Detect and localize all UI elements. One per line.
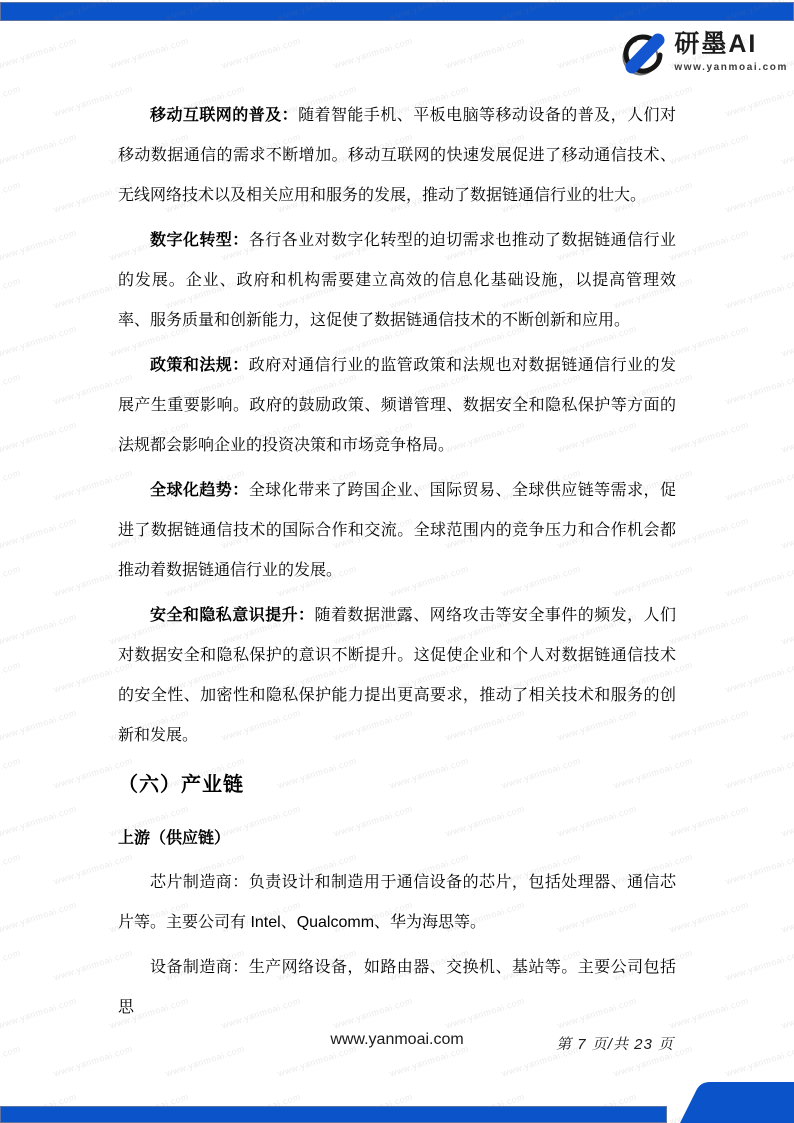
watermark-text: www.yanmoai.com	[780, 803, 794, 838]
bottom-accent-bar	[0, 1106, 667, 1123]
bottom-corner-ramp	[630, 1075, 794, 1123]
footer-site-url: www.yanmoai.com	[0, 1031, 794, 1049]
watermark-text: www.yanmoai.com	[780, 515, 794, 550]
watermark-text: www.yanmoai.com	[668, 707, 750, 742]
watermark-text: www.yanmoai.com	[0, 227, 78, 262]
watermark-text: www.yanmoai.com	[220, 35, 302, 70]
watermark-text: www.yanmoai.com	[668, 323, 750, 358]
paragraph-lead: 安全和隐私意识提升：	[150, 607, 315, 624]
watermark-text: www.yanmoai.com	[724, 83, 794, 118]
body-paragraph: 数字化转型：各行各业对数字化转型的迫切需求也推动了数据链通信行业的发展。企业、政…	[118, 221, 676, 341]
body-paragraph: 安全和隐私意识提升：随着数据泄露、网络攻击等安全事件的频发，人们对数据安全和隐私…	[118, 596, 676, 756]
watermark-text: www.yanmoai.com	[0, 323, 78, 358]
watermark-text: www.yanmoai.com	[444, 35, 526, 70]
watermark-text: www.yanmoai.com	[724, 467, 794, 502]
watermark-text: www.yanmoai.com	[668, 131, 750, 166]
watermark-text: www.yanmoai.com	[0, 755, 22, 790]
watermark-text: www.yanmoai.com	[0, 563, 22, 598]
document-body: 移动互联网的普及：随着智能手机、平板电脑等移动设备的普及，人们对移动数据通信的需…	[118, 96, 676, 1033]
body-paragraph: 移动互联网的普及：随着智能手机、平板电脑等移动设备的普及，人们对移动数据通信的需…	[118, 96, 676, 216]
watermark-text: www.yanmoai.com	[0, 899, 78, 934]
watermark-text: www.yanmoai.com	[668, 419, 750, 454]
watermark-text: www.yanmoai.com	[0, 371, 22, 406]
watermark-text: www.yanmoai.com	[668, 515, 750, 550]
watermark-text: www.yanmoai.com	[0, 179, 22, 214]
watermark-text: www.yanmoai.com	[0, 851, 22, 886]
watermark-text: www.yanmoai.com	[724, 179, 794, 214]
watermark-text: www.yanmoai.com	[0, 803, 78, 838]
watermark-text: www.yanmoai.com	[0, 611, 78, 646]
watermark-text: www.yanmoai.com	[668, 995, 750, 1030]
brand-logo-icon	[616, 29, 666, 81]
watermark-text: www.yanmoai.com	[780, 419, 794, 454]
watermark-text: www.yanmoai.com	[0, 35, 78, 70]
watermark-text: www.yanmoai.com	[780, 227, 794, 262]
watermark-text: www.yanmoai.com	[668, 227, 750, 262]
watermark-text: www.yanmoai.com	[0, 995, 78, 1030]
paragraph-text: 芯片制造商：负责设计和制造用于通信设备的芯片，包括处理器、通信芯片等。主要公司有…	[118, 874, 676, 931]
body-paragraph: 全球化趋势：全球化带来了跨国企业、国际贸易、全球供应链等需求，促进了数据链通信技…	[118, 471, 676, 591]
watermark-text: www.yanmoai.com	[332, 35, 414, 70]
subsection-heading: 上游（供应链）	[118, 827, 676, 851]
watermark-text: www.yanmoai.com	[724, 851, 794, 886]
footer-page-indicator: 第 7 页/共 23 页	[556, 1033, 674, 1054]
watermark-text: www.yanmoai.com	[0, 467, 22, 502]
document-page: www.yanmoai.comwww.yanmoai.comwww.yanmoa…	[0, 0, 794, 1123]
body-paragraph: 政策和法规：政府对通信行业的监管政策和法规也对数据链通信行业的发展产生重要影响。…	[118, 346, 676, 466]
watermark-text: www.yanmoai.com	[724, 947, 794, 982]
paragraph-text: 设备制造商：生产网络设备，如路由器、交换机、基站等。主要公司包括思	[118, 959, 676, 1016]
watermark-text: www.yanmoai.com	[780, 899, 794, 934]
paragraph-lead: 数字化转型：	[150, 232, 249, 249]
watermark-text: www.yanmoai.com	[780, 323, 794, 358]
watermark-text: www.yanmoai.com	[108, 35, 190, 70]
watermark-text: www.yanmoai.com	[0, 419, 78, 454]
watermark-text: www.yanmoai.com	[724, 275, 794, 310]
paragraph-lead: 政策和法规：	[150, 357, 249, 374]
watermark-text: www.yanmoai.com	[724, 371, 794, 406]
watermark-text: www.yanmoai.com	[724, 755, 794, 790]
top-accent-bar	[0, 2, 794, 21]
watermark-text: www.yanmoai.com	[780, 707, 794, 742]
paragraph-lead: 全球化趋势：	[150, 482, 249, 499]
watermark-text: www.yanmoai.com	[780, 131, 794, 166]
section-heading: （六）产业链	[118, 770, 676, 800]
watermark-text: www.yanmoai.com	[668, 611, 750, 646]
watermark-text: www.yanmoai.com	[780, 611, 794, 646]
paragraph-lead: 移动互联网的普及：	[150, 107, 298, 124]
body-paragraph: 芯片制造商：负责设计和制造用于通信设备的芯片，包括处理器、通信芯片等。主要公司有…	[118, 863, 676, 943]
watermark-text: www.yanmoai.com	[0, 83, 22, 118]
watermark-text: www.yanmoai.com	[0, 131, 78, 166]
brand-logo: 研墨AI www.yanmoai.com	[616, 29, 788, 81]
brand-logo-text: 研墨AI www.yanmoai.com	[674, 29, 788, 73]
watermark-text: www.yanmoai.com	[668, 803, 750, 838]
watermark-text: www.yanmoai.com	[0, 515, 78, 550]
watermark-text: www.yanmoai.com	[724, 563, 794, 598]
body-paragraph: 设备制造商：生产网络设备，如路由器、交换机、基站等。主要公司包括思	[118, 948, 676, 1028]
brand-url: www.yanmoai.com	[674, 62, 788, 73]
watermark-text: www.yanmoai.com	[668, 899, 750, 934]
watermark-text: www.yanmoai.com	[0, 947, 22, 982]
paragraph-text: 随着数据泄露、网络攻击等安全事件的频发，人们对数据安全和隐私保护的意识不断提升。…	[118, 607, 676, 744]
watermark-text: www.yanmoai.com	[780, 995, 794, 1030]
watermark-text: www.yanmoai.com	[0, 659, 22, 694]
watermark-text: www.yanmoai.com	[0, 275, 22, 310]
watermark-text: www.yanmoai.com	[724, 659, 794, 694]
watermark-text: www.yanmoai.com	[0, 707, 78, 742]
brand-name: 研墨AI	[674, 29, 757, 59]
